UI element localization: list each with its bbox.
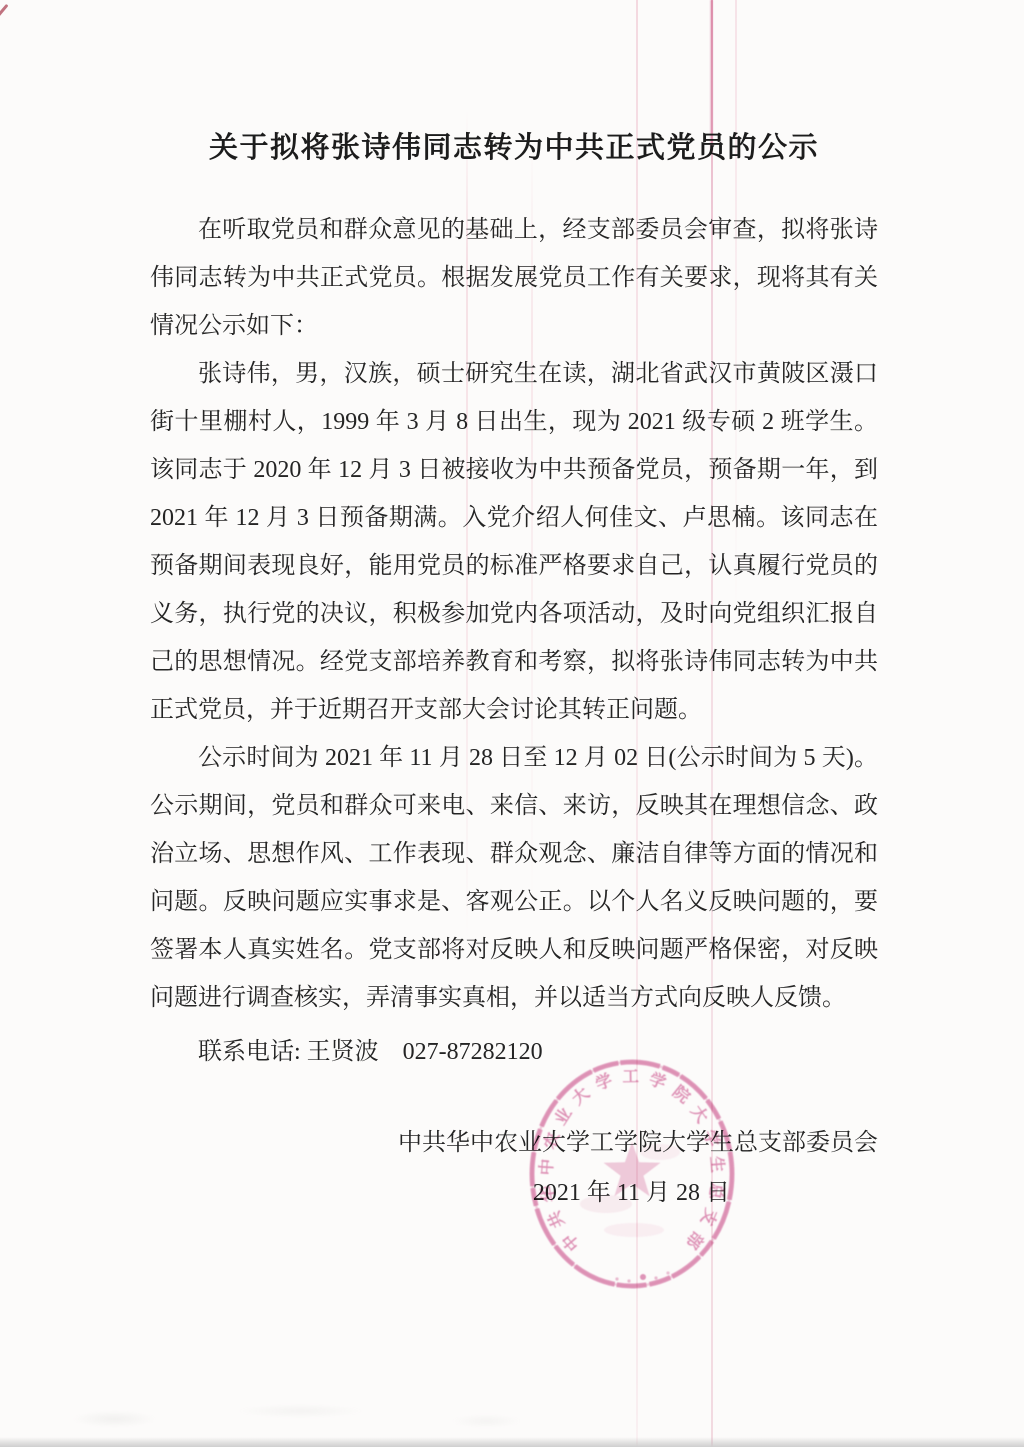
scan-smudge [40, 1395, 660, 1435]
paragraph-member-profile: 张诗伟，男，汉族，硕士研究生在读，湖北省武汉市黄陂区滠口街十里棚村人，1999 … [150, 350, 878, 734]
official-seal: 中共华中农业大学工学院大学生总支部委员会 [522, 1054, 742, 1294]
document-body: 关于拟将张诗伟同志转为中共正式党员的公示 在听取党员和群众意见的基础上，经支部委… [150, 126, 878, 1218]
signature-block: 中共华中农业大学工学院大学生总支部委员会 2021 年 11 月 28 日 [150, 1118, 878, 1218]
signature-date: 2021 年 11 月 28 日 [150, 1168, 878, 1218]
document-title: 关于拟将张诗伟同志转为中共正式党员的公示 [150, 126, 878, 170]
paragraph-publicity-period: 公示时间为 2021 年 11 月 28 日至 12 月 02 日(公示时间为 … [150, 734, 878, 1022]
paragraph-intro: 在听取党员和群众意见的基础上，经支部委员会审查，拟将张诗伟同志转为中共正式党员。… [150, 206, 878, 350]
scan-bottom-edge [0, 1437, 1024, 1447]
scan-corner-mark [0, 4, 8, 17]
scanned-document-page: 关于拟将张诗伟同志转为中共正式党员的公示 在听取党员和群众意见的基础上，经支部委… [0, 0, 1024, 1447]
contact-line: 联系电话: 王贤波 027-87282120 [150, 1028, 878, 1076]
signature-org: 中共华中农业大学工学院大学生总支部委员会 [150, 1118, 878, 1168]
